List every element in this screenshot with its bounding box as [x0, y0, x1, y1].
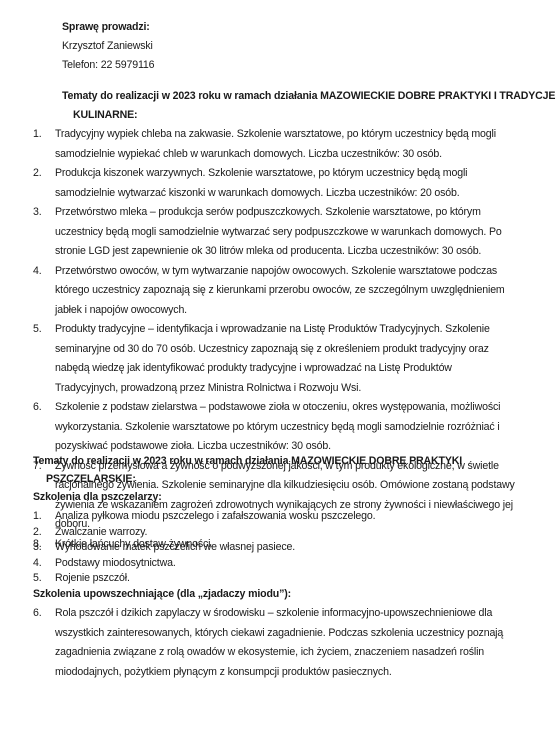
subsection-heading-beekeepers: Szkolenia dla pszczelarzy: [33, 488, 162, 507]
contact-name: Krzysztof Zaniewski [62, 37, 153, 56]
section-heading-cont: PSZCZELARSKIE: [46, 470, 136, 489]
list-item-text: Przetwórstwo mleka – produkcja serów pod… [55, 203, 481, 222]
list-item-text: uczestnicy będą mogli samodzielnie wytwa… [55, 223, 502, 242]
section-heading: Tematy do realizacji w 2023 roku w ramac… [62, 87, 555, 106]
list-item-text: Produkcja kiszonek warzywnych. Szkolenie… [55, 164, 467, 183]
list-item-number: 5. [33, 320, 42, 339]
list-item-text: wszystkich zainteresowanych, których cie… [55, 624, 503, 643]
list-item-number: 3. [33, 203, 42, 222]
list-item-text: Przetwórstwo owoców, w tym wytwarzanie n… [55, 262, 497, 281]
list-item-text: nabędą wiedzę jak identyfikować produkty… [55, 359, 452, 378]
list-item-number: 4. [33, 262, 42, 281]
subsection-heading-popular: Szkolenia upowszechniające (dla „zjadacz… [33, 585, 291, 604]
list-item-text: Produkty tradycyjne – identyfikacja i wp… [55, 320, 490, 339]
list-item-number: 2. [33, 164, 42, 183]
list-item-text: Tradycyjny wypiek chleba na zakwasie. Sz… [55, 125, 496, 144]
list-item-number: 6. [33, 398, 42, 417]
list-item-text: Szkolenie z podstaw zielarstwa – podstaw… [55, 398, 500, 417]
list-item-number: 6. [33, 604, 42, 623]
document-page: Sprawę prowadzi: Krzysztof Zaniewski Tel… [0, 0, 556, 738]
section-heading-cont: KULINARNE: [73, 106, 137, 125]
list-item-text: którego uczestnicy zapoznają się z kieru… [55, 281, 505, 300]
contact-heading: Sprawę prowadzi: [62, 18, 150, 37]
list-item-text: samodzielnie wypiekać chleb w warunkach … [55, 145, 442, 164]
list-item-text: jabłek i napojów owocowych. [55, 301, 187, 320]
list-item-text: Rola pszczół i dzikich zapylaczy w środo… [55, 604, 492, 623]
list-item-number: 1. [33, 125, 42, 144]
list-item-text: miododajnych, pożytkiem płynącym z konsu… [55, 663, 392, 682]
list-item-text: stronie LGD jest zapewnienie ok 30 litró… [55, 242, 481, 261]
list-item-text: samodzielnie wytwarzać kiszonki w warunk… [55, 184, 460, 203]
section-heading: Tematy do realizacji w 2023 roku w ramac… [33, 452, 462, 471]
contact-phone: Telefon: 22 5979116 [62, 56, 154, 75]
list-item-text: zagadnienia związane z rolą owadów w eko… [55, 643, 484, 662]
list-item-text: wykorzystania. Szkolenie warsztatowe po … [55, 418, 500, 437]
list-item-text: Tradycyjnych, prowadzoną przez Ministra … [55, 379, 361, 398]
list-item-text: seminaryjne od 30 do 70 osób. Uczestnicy… [55, 340, 489, 359]
